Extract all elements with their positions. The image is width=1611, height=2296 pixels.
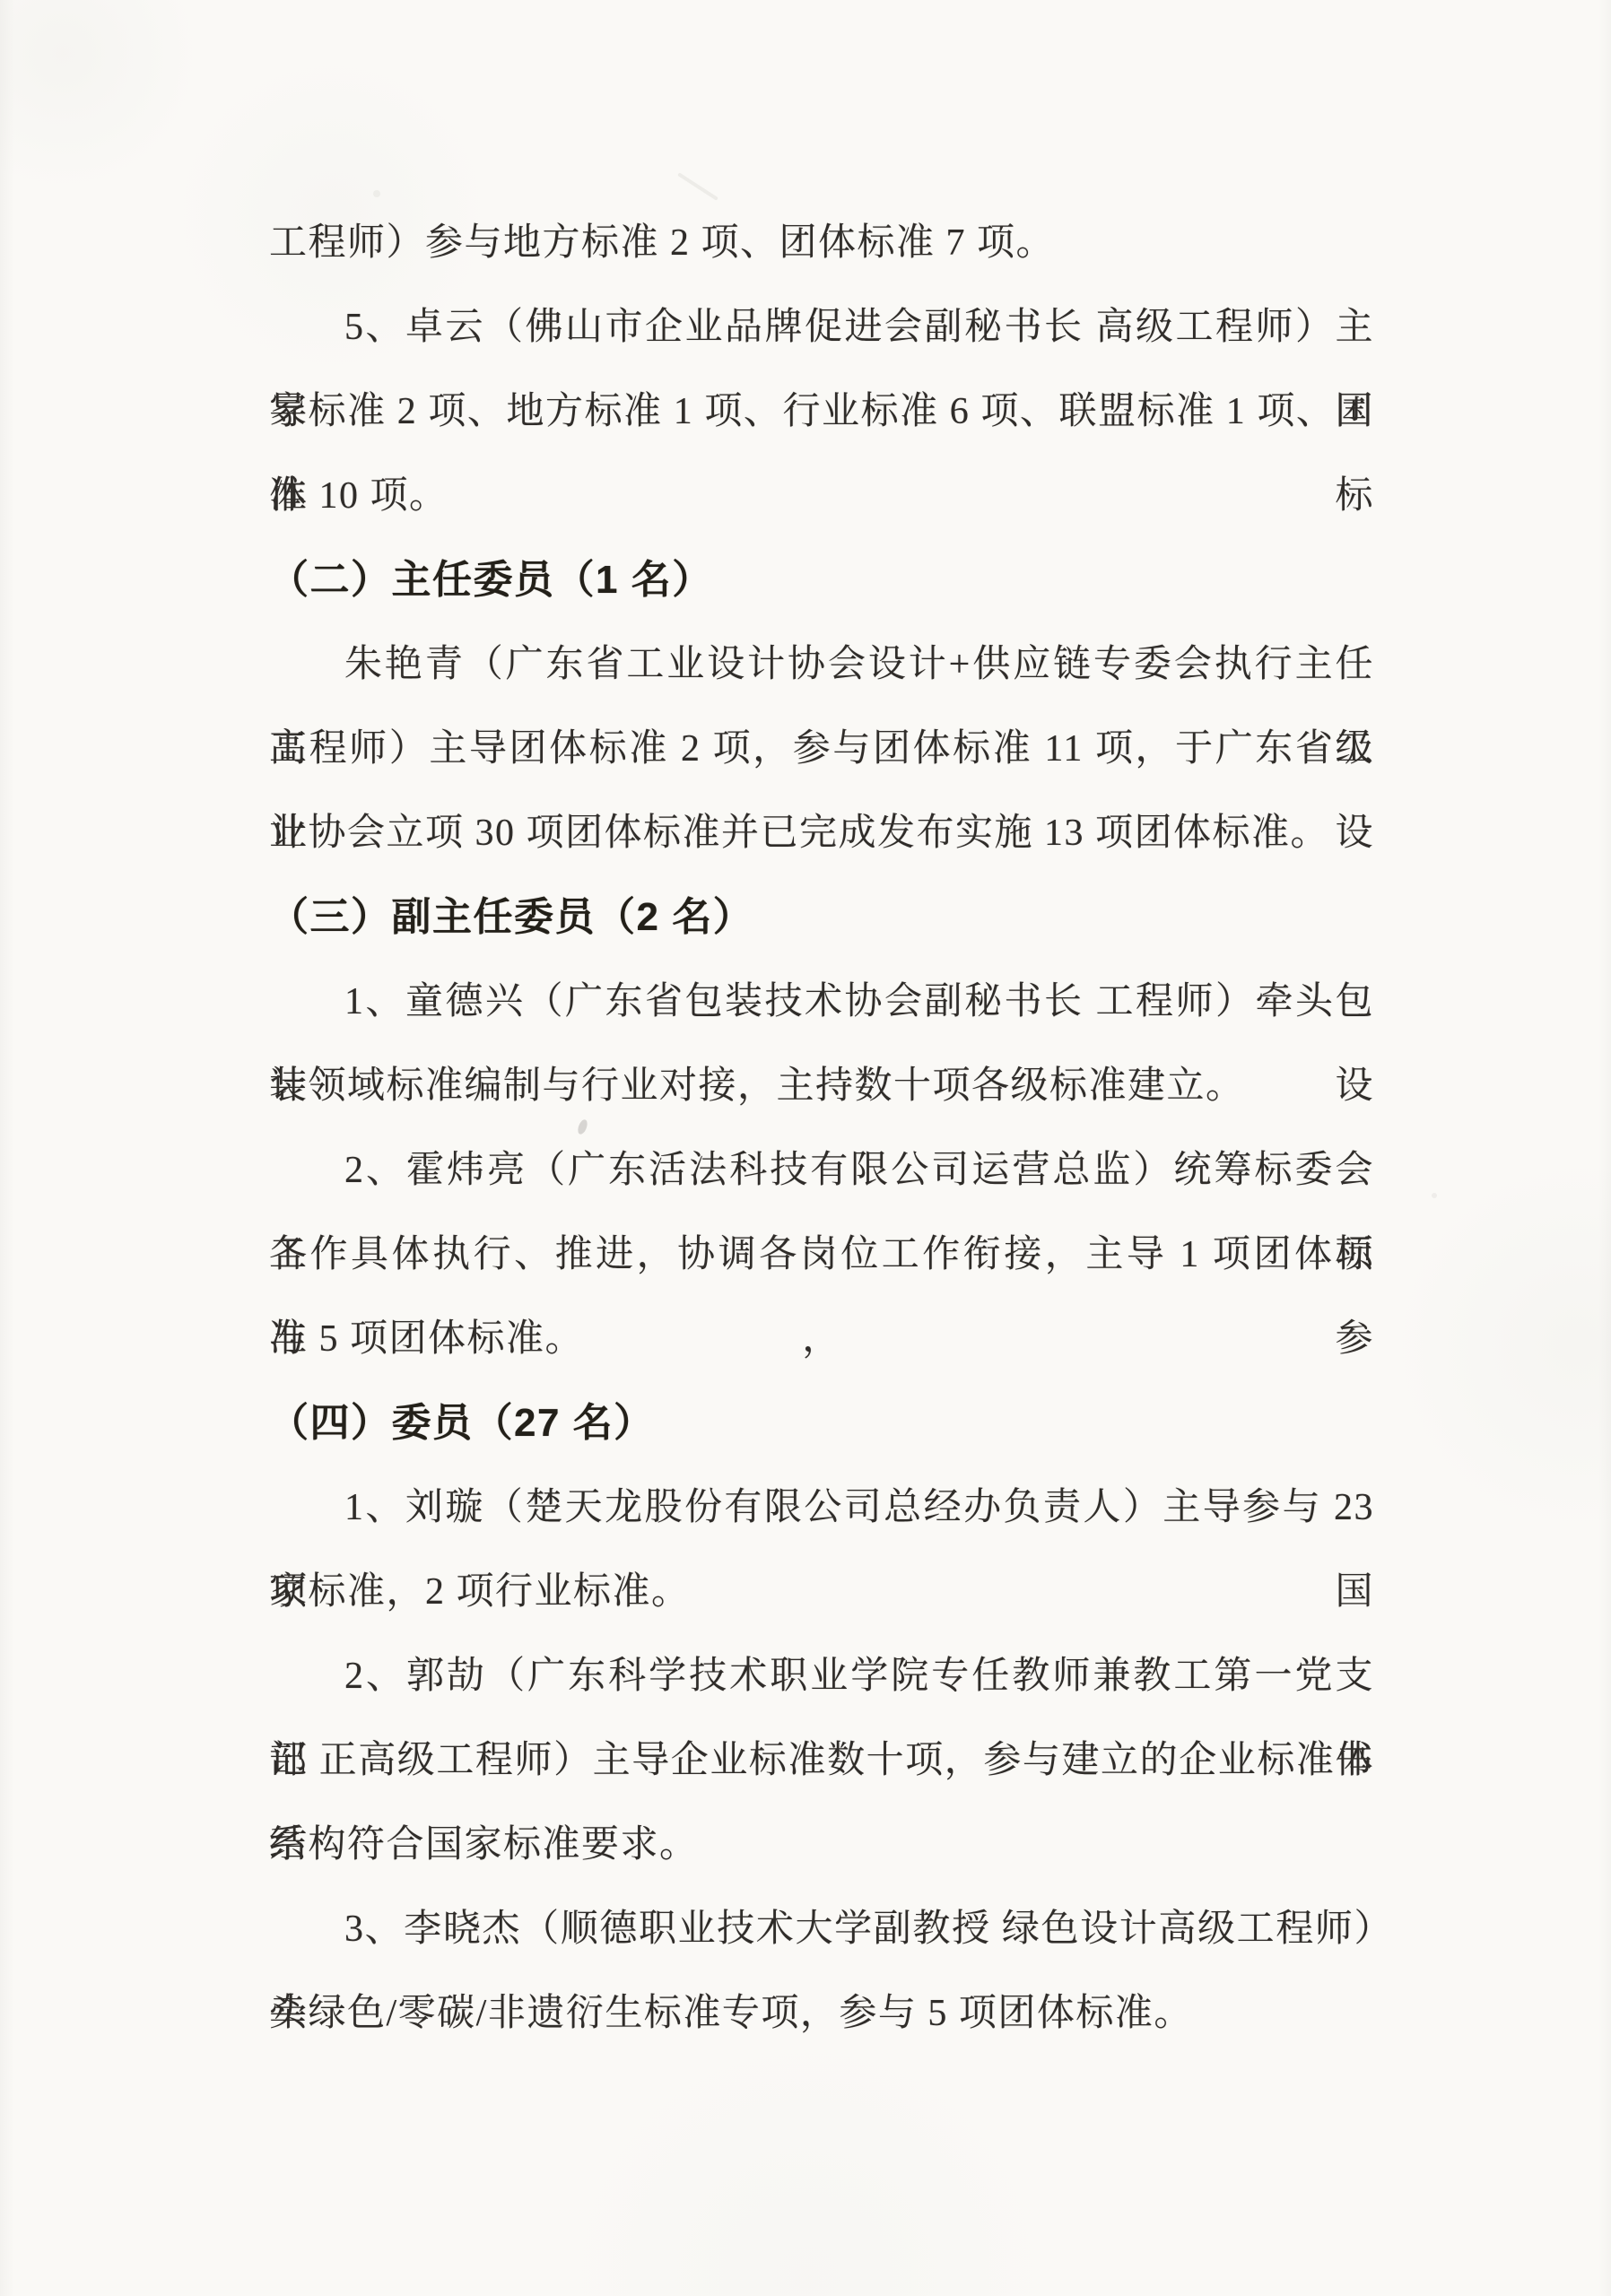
text-line: 记 正高级工程师）主导企业标准数十项，参与建立的企业标准体系 [269,1718,1374,1803]
text-line: 工程师）参与地方标准 2 项、团体标准 7 项。 [269,201,1374,285]
scanned-page: 工程师）参与地方标准 2 项、团体标准 7 项。5、卓云（佛山市企业品牌促进会副… [0,0,1611,2296]
section-heading: （三）副主任委员（2 名） [269,875,1374,960]
text-line: 计领域标准编制与行业对接，主持数十项各级标准建立。 [269,1044,1374,1128]
text-line: 头绿色/零碳/非遗衍生标准专项，参与 5 项团体标准。 [269,1971,1374,2056]
text-line: 1、童德兴（广东省包装技术协会副秘书长 工程师）牵头包装设 [269,960,1374,1044]
text-line: 2、霍炜亮（广东活法科技有限公司运营总监）统筹标委会各项 [269,1128,1374,1213]
text-line: 5、卓云（佛山市企业品牌促进会副秘书长 高级工程师）主导国 [269,285,1374,370]
text-line: 1、刘璇（楚天龙股份有限公司总经办负责人）主导参与 23 项国 [269,1465,1374,1550]
scan-smudge [677,172,718,201]
text-line: 2、郭劼（广东科学技术职业学院专任教师兼教工第一党支部书 [269,1634,1374,1718]
text-line: 3、李晓杰（顺德职业技术大学副教授 绿色设计高级工程师）牵 [269,1887,1374,1971]
section-heading: （二）主任委员（1 名） [269,538,1374,622]
scan-smudge [1432,1193,1437,1198]
text-line: 计协会立项 30 项团体标准并已完成发布实施 13 项团体标准。 [269,791,1374,875]
text-line: 结构符合国家标准要求。 [269,1803,1374,1887]
text-line: 家标准 2 项、地方标准 1 项、行业标准 6 项、联盟标准 1 项、团体标 [269,370,1374,454]
document-text: 工程师）参与地方标准 2 项、团体标准 7 项。5、卓云（佛山市企业品牌促进会副… [269,201,1374,2056]
scan-smudge [373,190,380,197]
section-heading: （四）委员（27 名） [269,1381,1374,1465]
text-line: 朱艳青（广东省工业设计协会设计+供应链专委会执行主任 高级 [269,622,1374,707]
text-line: 工程师）主导团体标准 2 项，参与团体标准 11 项，于广东省工业设 [269,707,1374,791]
text-line: 工作具体执行、推进，协调各岗位工作衔接，主导 1 项团体标准，参 [269,1213,1374,1297]
